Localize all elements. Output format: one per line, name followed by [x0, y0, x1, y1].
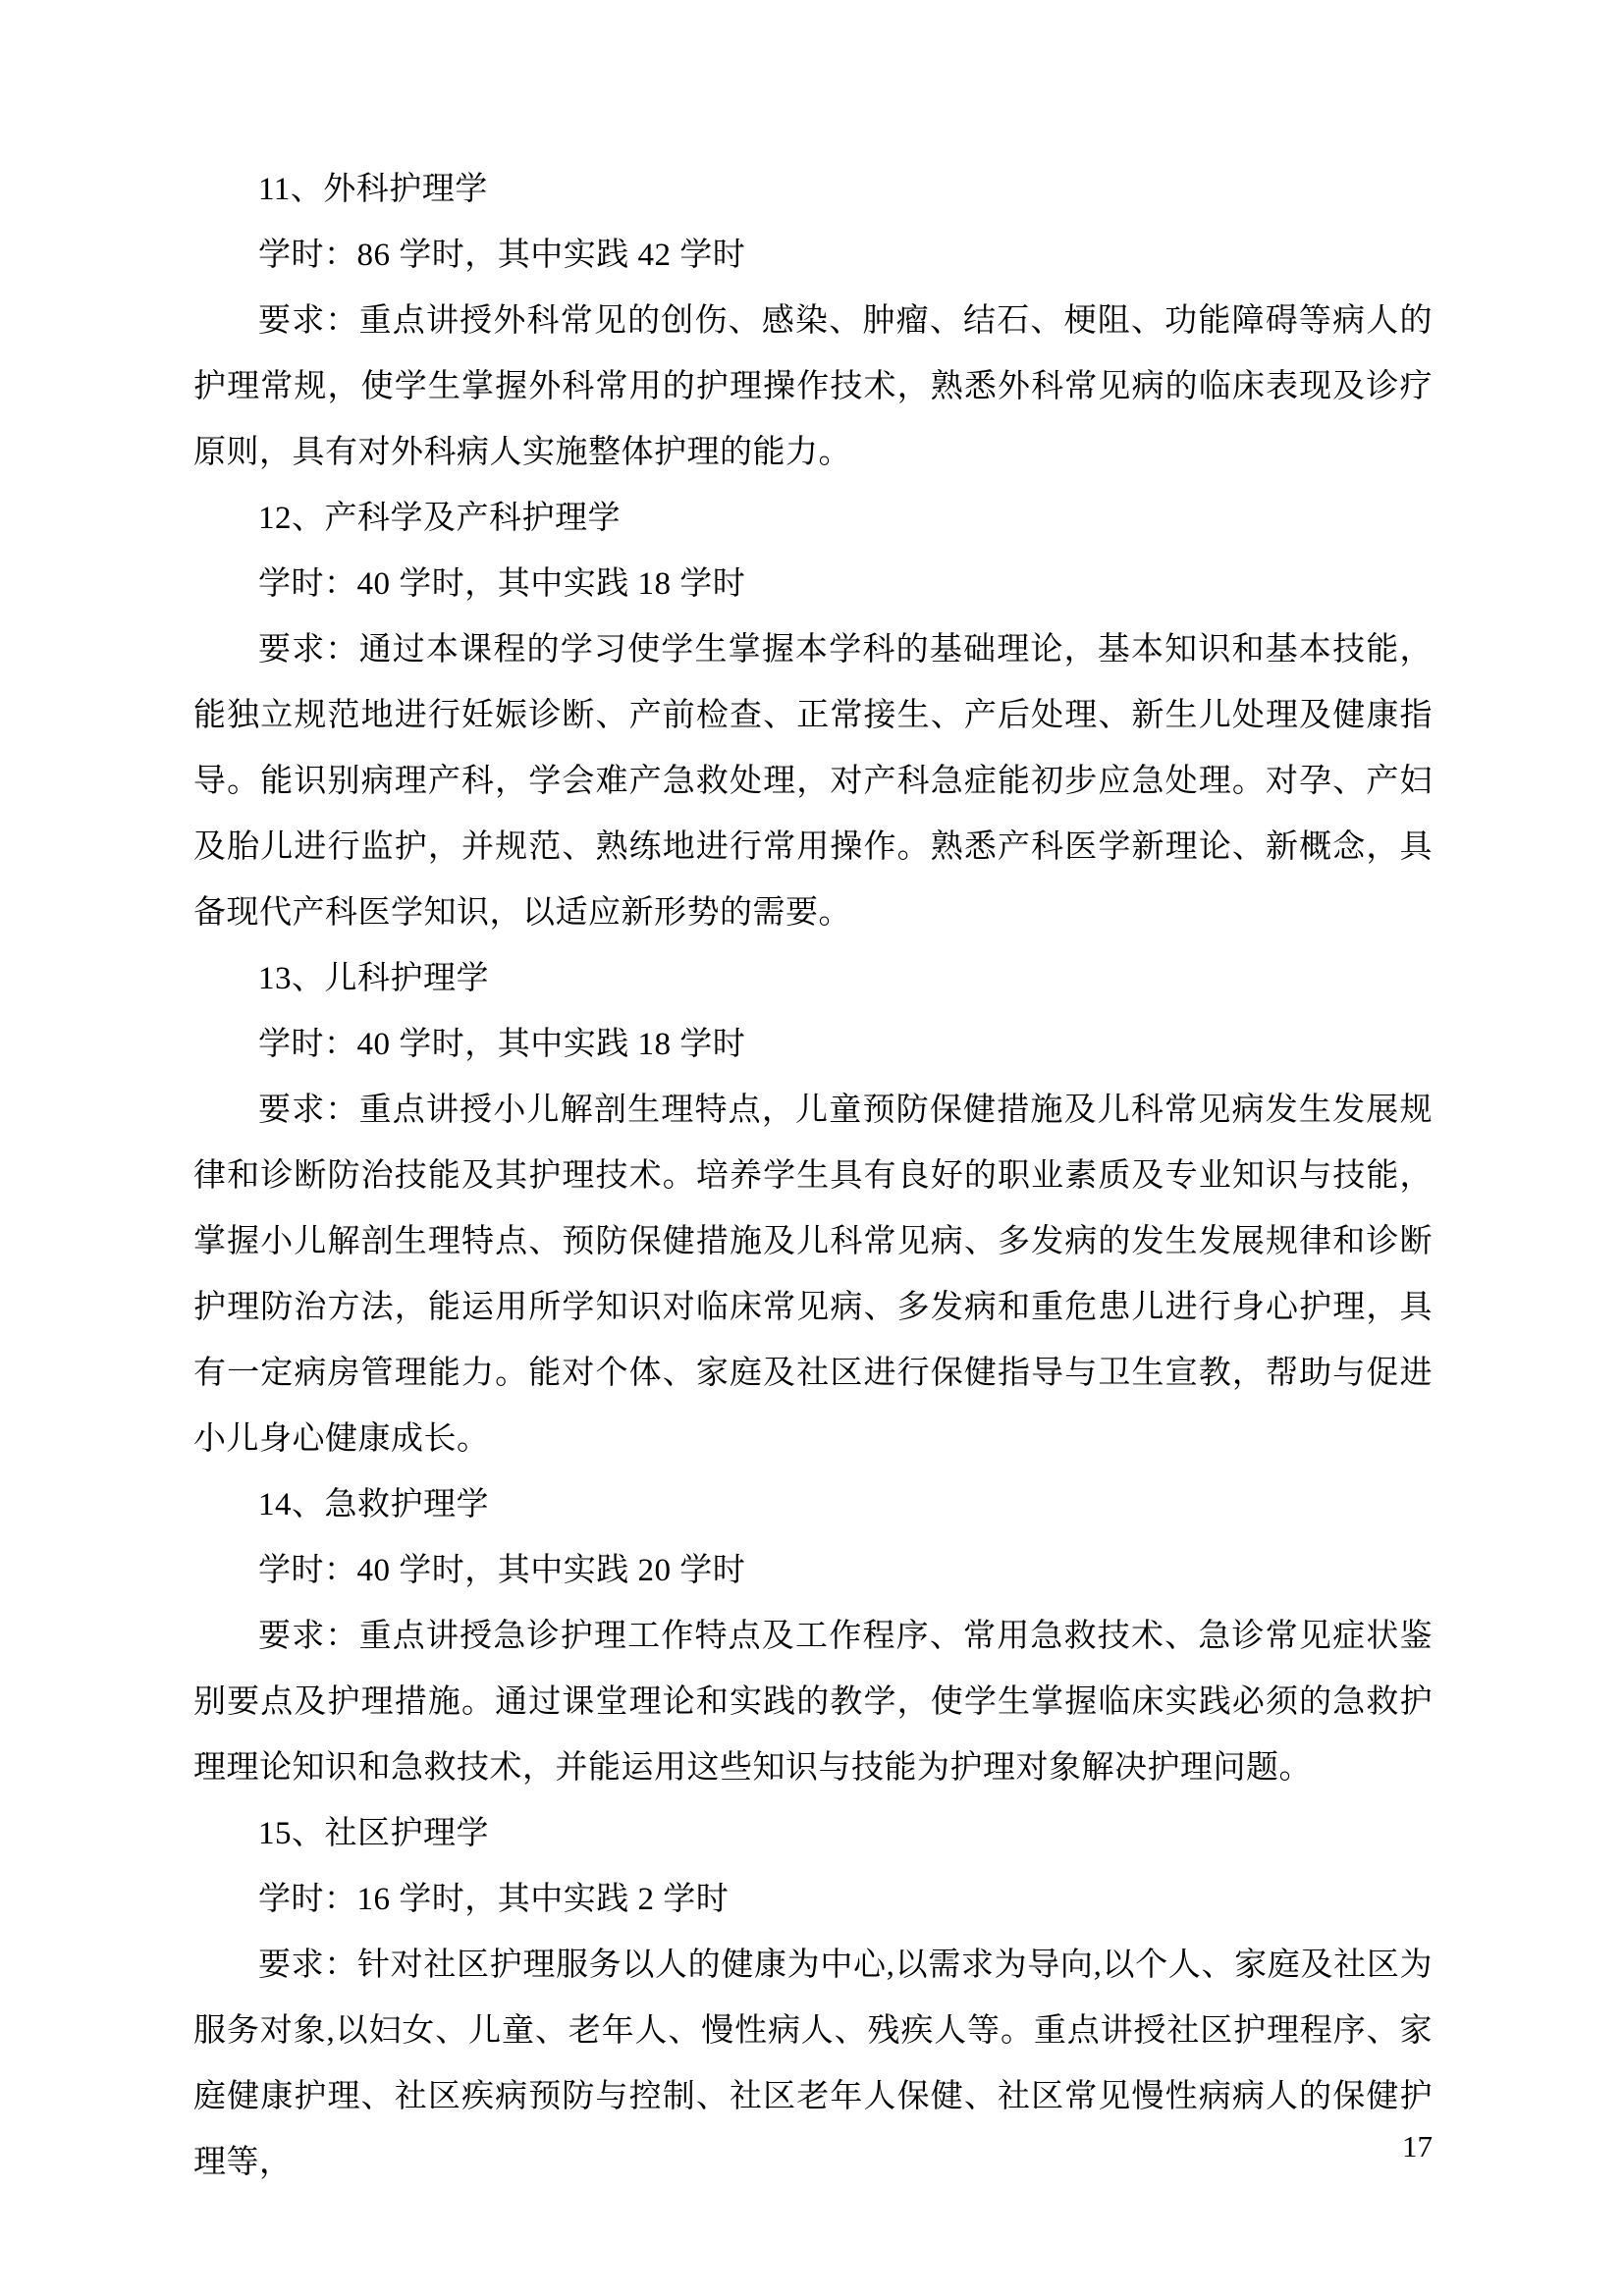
course-hours-11: 学时：86 学时，其中实践 42 学时	[193, 223, 1433, 289]
course-hours-12: 学时：40 学时，其中实践 18 学时	[193, 552, 1433, 617]
page-number: 17	[193, 2120, 1433, 2173]
course-title-13: 13、儿科护理学	[193, 946, 1433, 1012]
course-descriptions-block: 11、外科护理学 学时：86 学时，其中实践 42 学时 要求：重点讲授外科常见…	[193, 157, 1433, 2196]
course-requirement-14: 要求：重点讲授急诊护理工作特点及工作程序、常用急救技术、急诊常见症状鉴别要点及护…	[193, 1604, 1433, 1801]
course-title-11: 11、外科护理学	[193, 157, 1433, 223]
course-requirement-12: 要求：通过本课程的学习使学生掌握本学科的基础理论，基本知识和基本技能，能独立规范…	[193, 617, 1433, 946]
document-page: { "page": { "background_color": "#ffffff…	[0, 0, 1624, 2296]
course-title-12: 12、产科学及产科护理学	[193, 486, 1433, 552]
course-requirement-13: 要求：重点讲授小儿解剖生理特点，儿童预防保健措施及儿科常见病发生发展规律和诊断防…	[193, 1078, 1433, 1472]
course-hours-13: 学时：40 学时，其中实践 18 学时	[193, 1012, 1433, 1078]
course-title-15: 15、社区护理学	[193, 1801, 1433, 1867]
course-hours-15: 学时：16 学时，其中实践 2 学时	[193, 1867, 1433, 1933]
course-hours-14: 学时：40 学时，其中实践 20 学时	[193, 1538, 1433, 1604]
course-requirement-11: 要求：重点讲授外科常见的创伤、感染、肿瘤、结石、梗阻、功能障碍等病人的护理常规，…	[193, 289, 1433, 486]
course-title-14: 14、急救护理学	[193, 1472, 1433, 1538]
